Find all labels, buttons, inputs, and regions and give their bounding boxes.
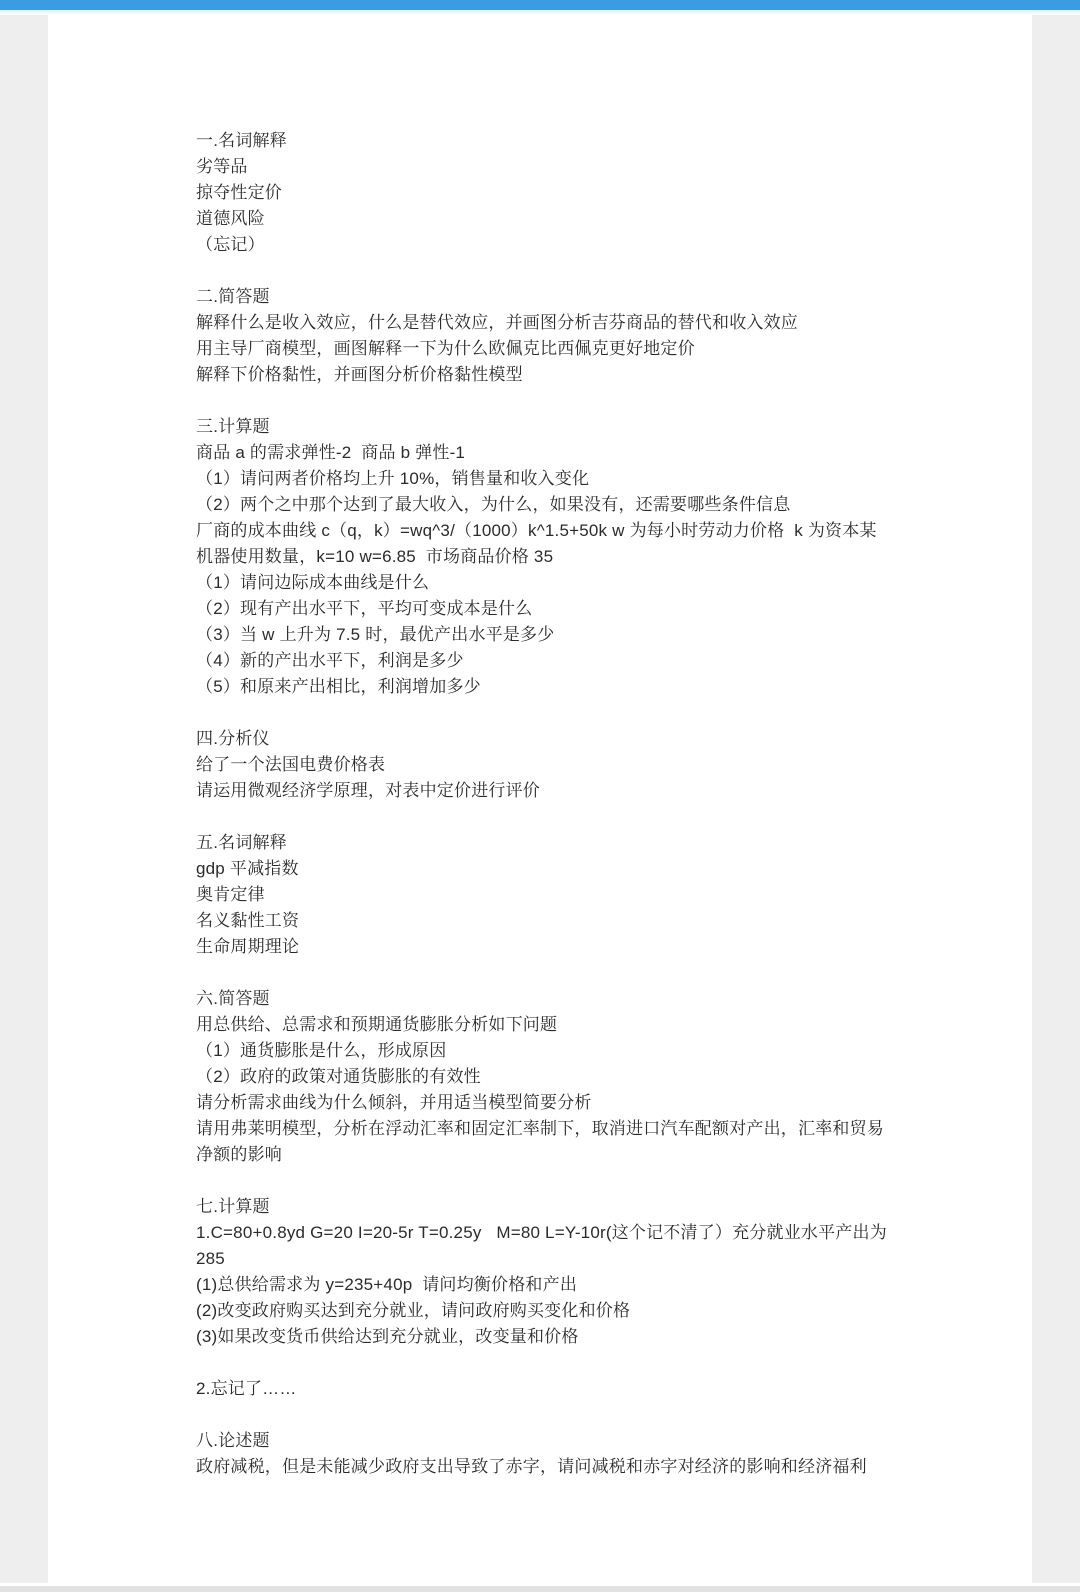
section-heading: 2.忘记了…… <box>196 1376 882 1402</box>
text-line: 生命周期理论 <box>196 934 882 960</box>
section-heading: 四.分析仪 <box>196 726 882 752</box>
text-line: (2)改变政府购买达到充分就业，请问政府购买变化和价格 <box>196 1298 882 1324</box>
text-line: （2）政府的政策对通货膨胀的有效性 <box>196 1064 882 1090</box>
section-heading: 六.简答题 <box>196 986 882 1012</box>
text-line: 请用弗莱明模型，分析在浮动汇率和固定汇率制下，取消进口汽车配额对产出，汇率和贸易 <box>196 1116 882 1142</box>
text-line: （2）两个之中那个达到了最大收入，为什么，如果没有，还需要哪些条件信息 <box>196 492 882 518</box>
text-line: 解释什么是收入效应，什么是替代效应，并画图分析吉芬商品的替代和收入效应 <box>196 310 882 336</box>
section-heading: 八.论述题 <box>196 1428 882 1454</box>
text-line: 政府减税，但是未能减少政府支出导致了赤字，请问减税和赤字对经济的影响和经济福利 <box>196 1454 882 1480</box>
document-section-5: 五.名词解释gdp 平减指数奥肯定律名义黏性工资生命周期理论 <box>196 830 882 960</box>
text-line: 解释下价格黏性，并画图分析价格黏性模型 <box>196 362 882 388</box>
text-line: 1.C=80+0.8yd G=20 I=20-5r T=0.25y M=80 L… <box>196 1220 882 1246</box>
section-heading: 七.计算题 <box>196 1194 882 1220</box>
text-line: （1）请问边际成本曲线是什么 <box>196 570 882 596</box>
document-section-9: 八.论述题政府减税，但是未能减少政府支出导致了赤字，请问减税和赤字对经济的影响和… <box>196 1428 882 1480</box>
document-page[interactable]: 一.名词解释劣等品掠夺性定价道德风险（忘记）二.简答题解释什么是收入效应，什么是… <box>48 15 1032 1583</box>
text-line: 给了一个法国电费价格表 <box>196 752 882 778</box>
document-section-1: 一.名词解释劣等品掠夺性定价道德风险（忘记） <box>196 128 882 258</box>
text-line: 请运用微观经济学原理，对表中定价进行评价 <box>196 778 882 804</box>
section-heading: 三.计算题 <box>196 414 882 440</box>
section-heading: 一.名词解释 <box>196 128 882 154</box>
viewer-bottom-strip <box>0 1586 1080 1592</box>
text-line: （忘记） <box>196 232 882 258</box>
text-line: （1）请问两者价格均上升 10%，销售量和收入变化 <box>196 466 882 492</box>
document-section-2: 二.简答题解释什么是收入效应，什么是替代效应，并画图分析吉芬商品的替代和收入效应… <box>196 284 882 388</box>
document-section-3: 三.计算题商品 a 的需求弹性-2 商品 b 弹性-1（1）请问两者价格均上升 … <box>196 414 882 700</box>
text-line: 劣等品 <box>196 154 882 180</box>
text-line: （5）和原来产出相比，利润增加多少 <box>196 674 882 700</box>
text-line: (3)如果改变货币供给达到充分就业，改变量和价格 <box>196 1324 882 1350</box>
text-line: (1)总供给需求为 y=235+40p 请问均衡价格和产出 <box>196 1272 882 1298</box>
text-line: 285 <box>196 1246 882 1272</box>
text-line: 名义黏性工资 <box>196 908 882 934</box>
text-line: 请分析需求曲线为什么倾斜，并用适当模型简要分析 <box>196 1090 882 1116</box>
text-line: 用总供给、总需求和预期通货膨胀分析如下问题 <box>196 1012 882 1038</box>
document-section-8: 2.忘记了…… <box>196 1376 882 1402</box>
text-line: （1）通货膨胀是什么，形成原因 <box>196 1038 882 1064</box>
document-section-4: 四.分析仪给了一个法国电费价格表请运用微观经济学原理，对表中定价进行评价 <box>196 726 882 804</box>
text-line: 机器使用数量，k=10 w=6.85 市场商品价格 35 <box>196 544 882 570</box>
section-heading: 二.简答题 <box>196 284 882 310</box>
text-line: （3）当 w 上升为 7.5 时，最优产出水平是多少 <box>196 622 882 648</box>
document-section-6: 六.简答题用总供给、总需求和预期通货膨胀分析如下问题（1）通货膨胀是什么，形成原… <box>196 986 882 1168</box>
document-section-7: 七.计算题1.C=80+0.8yd G=20 I=20-5r T=0.25y M… <box>196 1194 882 1350</box>
text-line: （2）现有产出水平下，平均可变成本是什么 <box>196 596 882 622</box>
section-heading: 五.名词解释 <box>196 830 882 856</box>
app-top-bar <box>0 0 1080 10</box>
text-line: 商品 a 的需求弹性-2 商品 b 弹性-1 <box>196 440 882 466</box>
text-line: 净额的影响 <box>196 1142 882 1168</box>
text-line: 掠夺性定价 <box>196 180 882 206</box>
text-line: （4）新的产出水平下，利润是多少 <box>196 648 882 674</box>
text-line: 用主导厂商模型，画图解释一下为什么欧佩克比西佩克更好地定价 <box>196 336 882 362</box>
text-line: 厂商的成本曲线 c（q，k）=wq^3/（1000）k^1.5+50k w 为每… <box>196 518 882 544</box>
text-line: gdp 平减指数 <box>196 856 882 882</box>
text-line: 奥肯定律 <box>196 882 882 908</box>
text-line: 道德风险 <box>196 206 882 232</box>
